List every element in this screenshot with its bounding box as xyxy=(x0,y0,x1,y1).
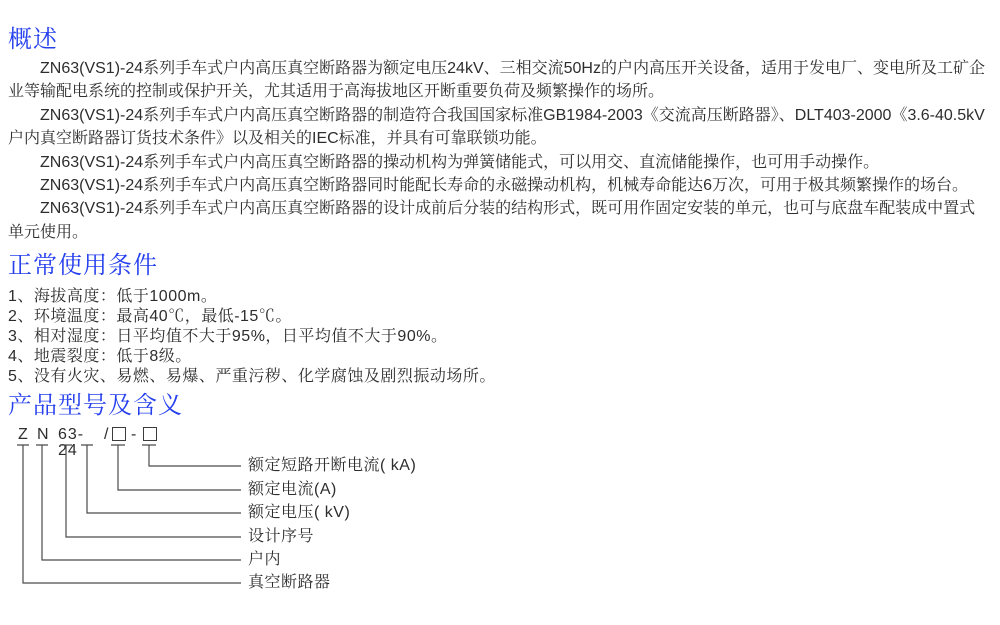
model-label-vacuum-breaker: 真空断路器 xyxy=(248,574,331,592)
condition-item: 2、环境温度：最高40℃，最低-15℃。 xyxy=(8,307,990,327)
model-part-vacuum: Z xyxy=(18,427,28,443)
conditions-list: 1、海拔高度：低于1000m。 2、环境温度：最高40℃，最低-15℃。 3、相… xyxy=(8,287,990,387)
section-title-model: 产品型号及含义 xyxy=(8,392,990,420)
connector-line-breaking-current xyxy=(142,445,241,466)
model-part-dash: - xyxy=(131,427,136,443)
overview-paragraph: ZN63(VS1)-24系列手车式户内高压真空断路器的设计成前后分装的结构形式，… xyxy=(8,197,990,244)
model-label-rated-voltage: 额定电压( kV) xyxy=(248,504,350,522)
overview-paragraph: ZN63(VS1)-24系列手车式户内高压真空断路器同时能配长寿命的永磁操动机构… xyxy=(8,174,990,197)
overview-paragraphs: ZN63(VS1)-24系列手车式户内高压真空断路器为额定电压24kV、三相交流… xyxy=(8,57,990,244)
condition-item: 1、海拔高度：低于1000m。 xyxy=(8,287,990,307)
condition-item: 5、没有火灾、易燃、易爆、严重污秽、化学腐蚀及剧烈振动场所。 xyxy=(8,367,990,387)
model-placeholder-box-current xyxy=(112,427,126,441)
document-page: 概述 ZN63(VS1)-24系列手车式户内高压真空断路器为额定电压24kV、三… xyxy=(0,26,1000,599)
model-placeholder-box-breaking xyxy=(143,427,157,441)
model-label-breaking-current: 额定短路开断电流( kA) xyxy=(248,457,416,475)
connector-line-indoor xyxy=(36,445,241,560)
model-designation-diagram: Z N 63-24 / - 额定短路开断电流( kA) 额定电流(A) 额定电压… xyxy=(8,427,990,599)
model-label-design-serial: 设计序号 xyxy=(248,528,314,546)
model-label-indoor: 户内 xyxy=(248,551,281,569)
model-label-rated-current: 额定电流(A) xyxy=(248,481,337,499)
model-part-indoor: N xyxy=(37,427,49,443)
connector-line-rated-voltage xyxy=(81,445,241,513)
condition-item: 3、相对湿度：日平均值不大于95%，日平均值不大于90%。 xyxy=(8,327,990,347)
section-title-conditions: 正常使用条件 xyxy=(8,252,990,280)
section-title-overview: 概述 xyxy=(8,26,990,54)
model-part-slash: / xyxy=(104,427,108,443)
overview-paragraph: ZN63(VS1)-24系列手车式户内高压真空断路器的制造符合我国国家标准GB1… xyxy=(8,104,990,151)
overview-paragraph: ZN63(VS1)-24系列手车式户内高压真空断路器为额定电压24kV、三相交流… xyxy=(8,57,990,104)
connector-line-rated-current xyxy=(111,445,241,490)
condition-item: 4、地震裂度：低于8级。 xyxy=(8,347,990,367)
overview-paragraph: ZN63(VS1)-24系列手车式户内高压真空断路器的操动机构为弹簧储能式，可以… xyxy=(8,151,990,174)
